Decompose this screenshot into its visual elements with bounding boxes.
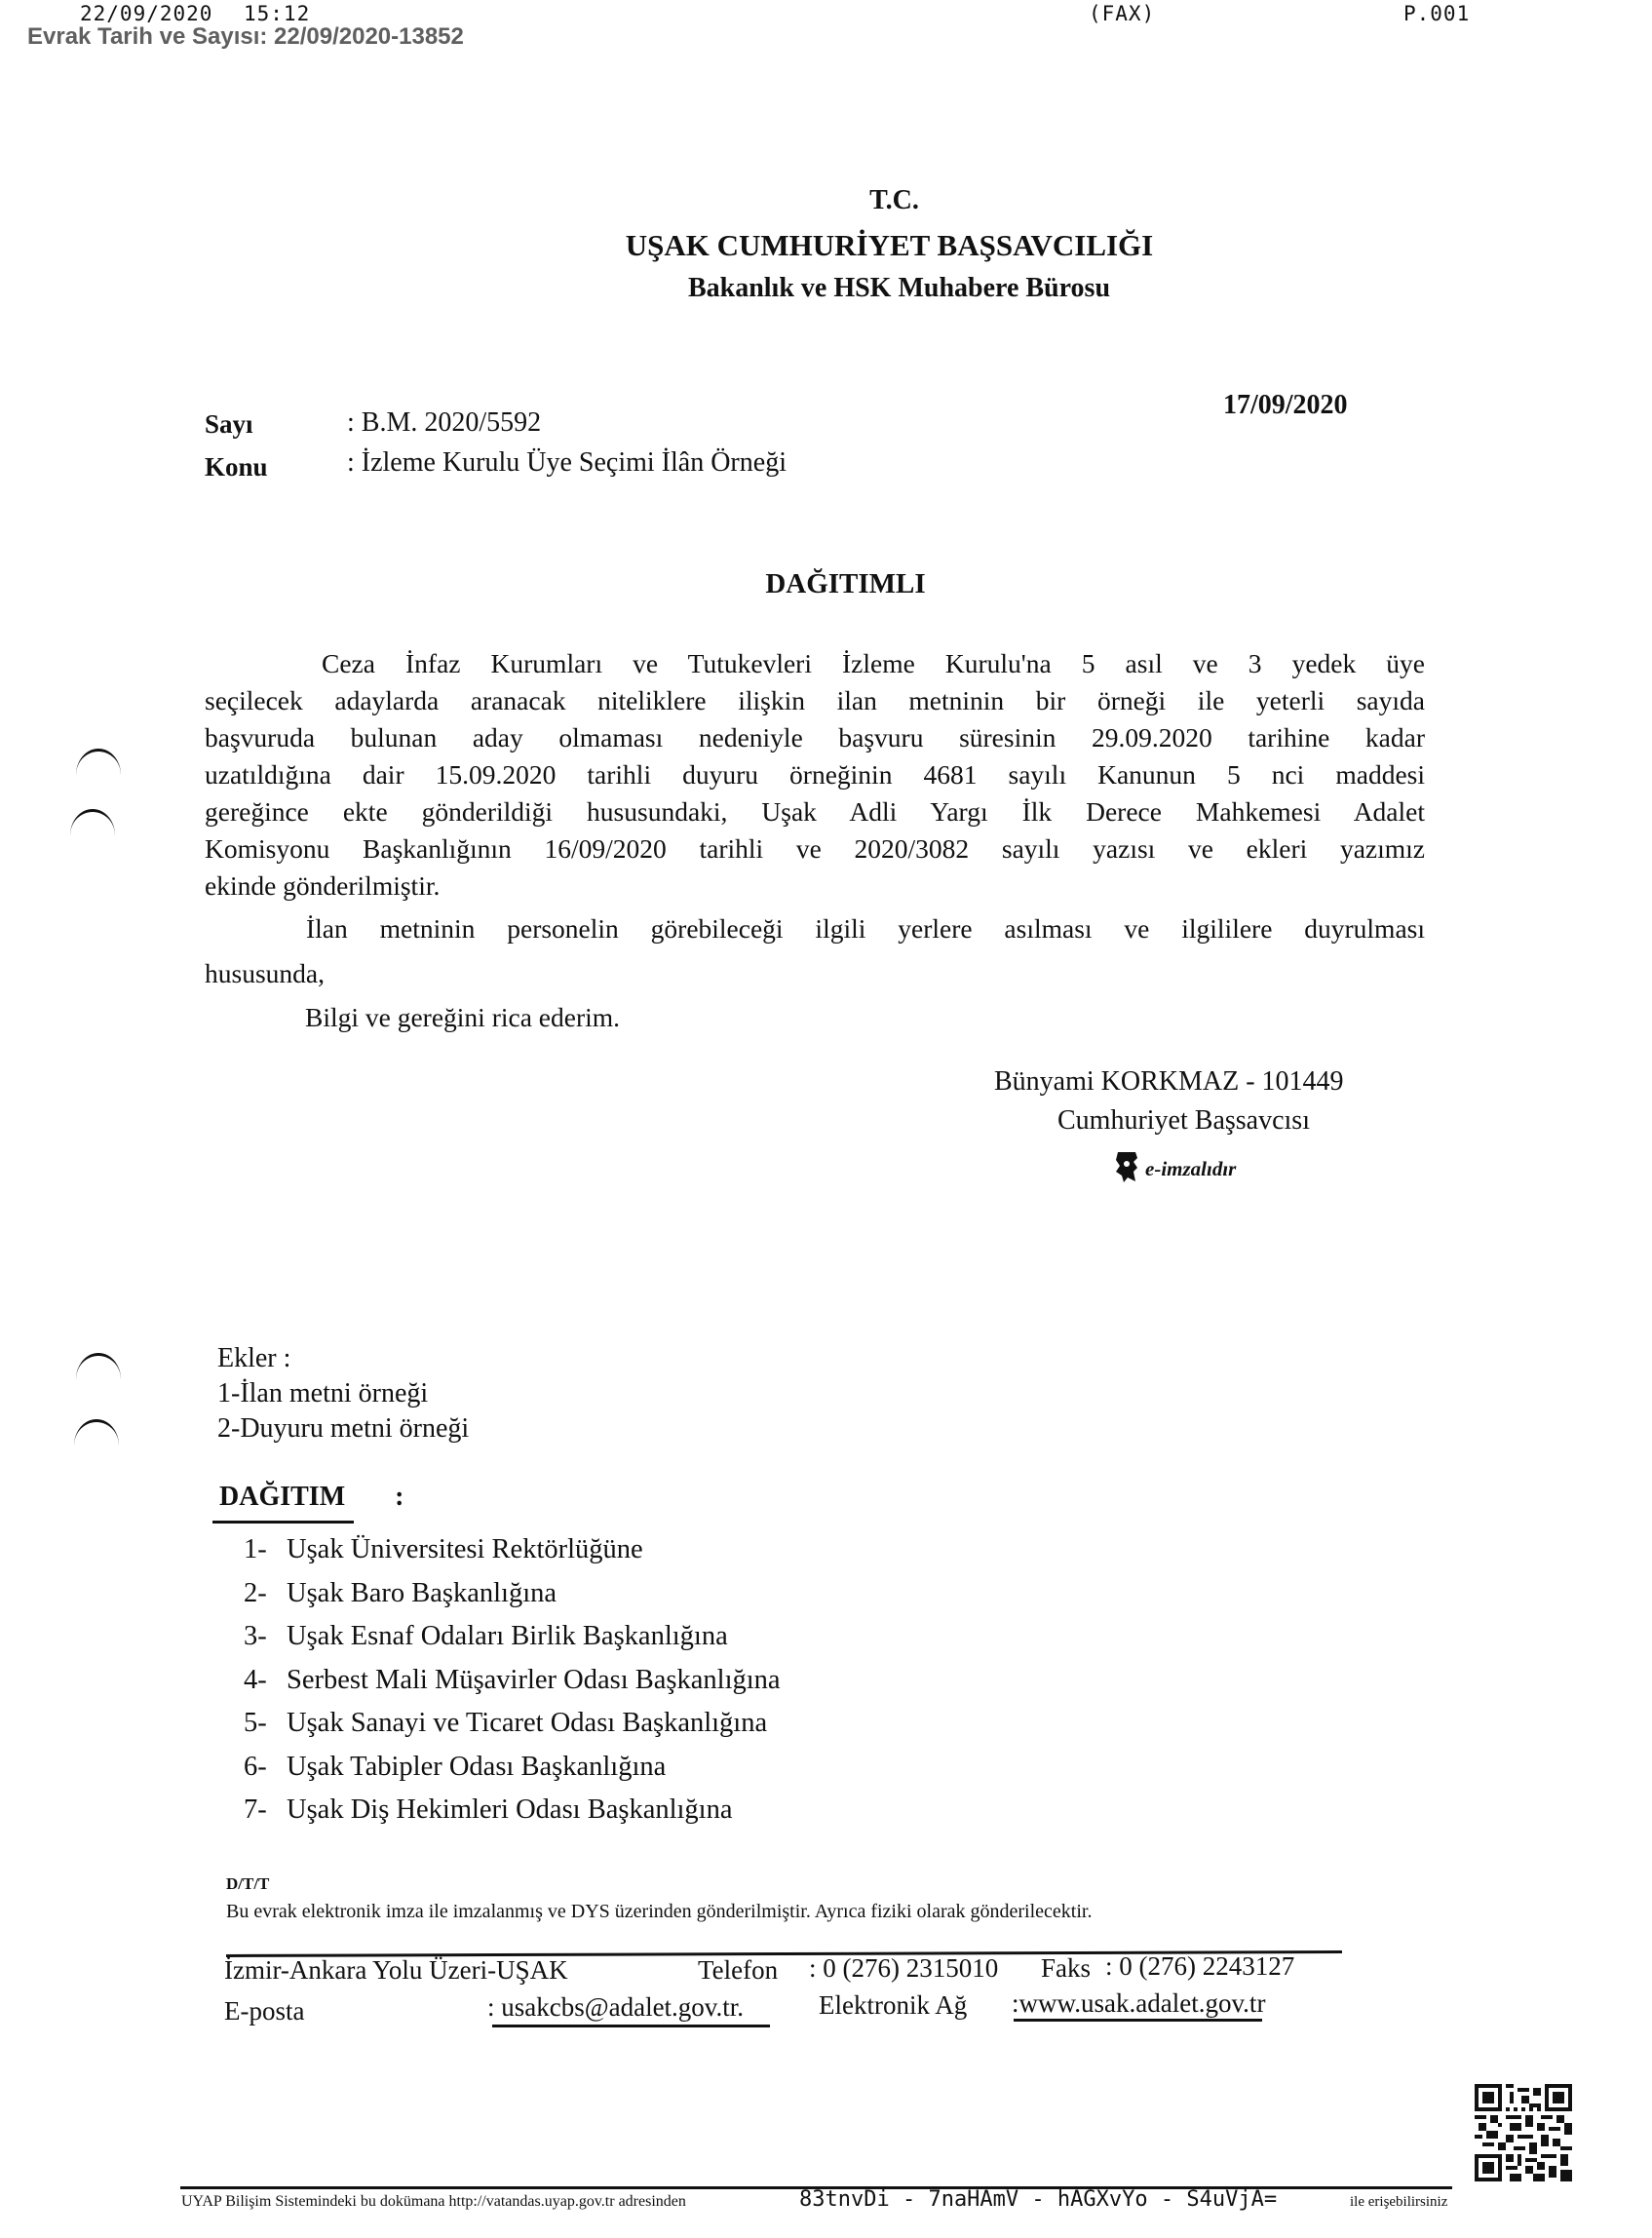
- contact-address: İzmir-Ankara Yolu Üzeri-UŞAK: [224, 1955, 568, 1986]
- body-line: Komisyonu Başkanlığının 16/09/2020 tarih…: [205, 830, 1425, 868]
- attachment-item: 1-İlan metni örneği: [217, 1376, 469, 1411]
- verification-text: UYAP Bilişim Sistemindeki bu dokümana ht…: [181, 2193, 686, 2211]
- e-signature-label: e-imzalıdır: [1145, 1157, 1236, 1181]
- distribution-heading: DAĞITIMLI: [0, 568, 1652, 600]
- closing-line: Bilgi ve gereğini rica ederim.: [305, 1002, 620, 1033]
- letterhead-office: Bakanlık ve HSK Muhabere Bürosu: [0, 273, 1652, 304]
- attachments-heading: Ekler :: [217, 1341, 469, 1376]
- distribution-list-colon: :: [395, 1482, 403, 1512]
- verification-suffix: ile erişebilirsiniz: [1350, 2194, 1447, 2211]
- web-underline: [1014, 2019, 1262, 2022]
- distribution-item: 5-Uşak Sanayi ve Ticaret Odası Başkanlığ…: [244, 1702, 781, 1746]
- distribution-item: 4-Serbest Mali Müşavirler Odası Başkanlı…: [244, 1659, 781, 1703]
- fax-mode: (FAX): [1089, 2, 1155, 25]
- sayi-value: : B.M. 2020/5592: [347, 407, 541, 439]
- distribution-list-heading: DAĞITIM :: [219, 1482, 403, 1513]
- body-line: uzatıldığına dair 15.09.2020 tarihli duy…: [205, 756, 1425, 793]
- letterhead: T.C. UŞAK CUMHURİYET BAŞSAVCILIĞI Bakanl…: [0, 185, 1652, 304]
- punch-hole-mark: [70, 809, 115, 835]
- punch-hole-mark: [76, 749, 121, 775]
- fax-page: P.001: [1403, 2, 1470, 25]
- contact-fax-label: Faks: [1041, 1953, 1091, 1984]
- contact-phone-label: Telefon: [698, 1955, 778, 1986]
- document-date: 17/09/2020: [1223, 390, 1348, 421]
- body-paragraph-1: Ceza İnfaz Kurumları ve Tutukevleri İzle…: [205, 645, 1425, 905]
- body-line: seçilecek adaylarda aranacak niteliklere…: [205, 682, 1425, 719]
- punch-hole-mark: [76, 1353, 121, 1379]
- contact-email-label: E-posta: [224, 1996, 304, 2026]
- fax-date: 22/09/2020: [80, 2, 212, 25]
- contact-email[interactable]: : usakcbs@adalet.gov.tr.: [487, 1992, 744, 2023]
- distribution-item: 7-Uşak Diş Hekimleri Odası Başkanlığına: [244, 1789, 781, 1833]
- distribution-item: 2-Uşak Baro Başkanlığına: [244, 1572, 781, 1616]
- konu-value: : İzleme Kurulu Üye Seçimi İlân Örneği: [347, 447, 787, 479]
- distribution-list: 1-Uşak Üniversitesi Rektörlüğüne 2-Uşak …: [244, 1528, 781, 1833]
- contact-fax: : 0 (276) 2243127: [1105, 1951, 1294, 1982]
- attachment-item: 2-Duyuru metni örneği: [217, 1411, 469, 1447]
- body-line: başvuruda bulunan aday olmaması nedeniyl…: [205, 719, 1425, 756]
- distribution-underline: [212, 1521, 354, 1524]
- punch-hole-mark: [74, 1419, 119, 1446]
- fax-time: 15:12: [244, 2, 310, 25]
- konu-label: Konu: [205, 452, 268, 482]
- distribution-item: 6-Uşak Tabipler Odası Başkanlığına: [244, 1746, 781, 1790]
- body-paragraph-2: İlan metninin personelin görebileceği il…: [205, 910, 1425, 992]
- e-signature-seal-icon: [1114, 1150, 1139, 1183]
- attachments: Ekler : 1-İlan metni örneği 2-Duyuru met…: [217, 1341, 469, 1447]
- qr-code-icon: [1475, 2084, 1572, 2181]
- contact-web[interactable]: :www.usak.adalet.gov.tr: [1012, 1988, 1265, 2019]
- body-line: gereğince ekte gönderildiği hususundaki,…: [205, 793, 1425, 830]
- signer-title: Cumhuriyet Başsavcısı: [1057, 1105, 1310, 1137]
- distribution-list-title: DAĞITIM: [219, 1482, 345, 1512]
- contact-web-label: Elektronik Ağ: [819, 1990, 967, 2021]
- body-line: İlan metninin personelin görebileceği il…: [205, 910, 1425, 947]
- contact-phone: : 0 (276) 2315010: [809, 1953, 998, 1984]
- body-line: hususunda,: [205, 955, 1425, 992]
- verification-code: 83tnvDi - 7naHAmV - hAGXvYo - S4uVjA=: [799, 2187, 1277, 2212]
- sayi-label: Sayı: [205, 409, 253, 440]
- notice-text: Bu evrak elektronik imza ile imzalanmış …: [226, 1901, 1092, 1923]
- letterhead-institution: UŞAK CUMHURİYET BAŞSAVCILIĞI: [0, 228, 1652, 263]
- body-line: ekinde gönderilmiştir.: [205, 868, 1425, 905]
- distribution-item: 3-Uşak Esnaf Odaları Birlik Başkanlığına: [244, 1615, 781, 1659]
- notice-code: D/T/T: [226, 1874, 269, 1894]
- email-underline: [492, 2025, 770, 2027]
- document-stamp: Evrak Tarih ve Sayısı: 22/09/2020-13852: [27, 23, 464, 51]
- signer-name: Bünyami KORKMAZ - 101449: [994, 1066, 1344, 1098]
- body-line: Ceza İnfaz Kurumları ve Tutukevleri İzle…: [205, 645, 1425, 682]
- letterhead-country: T.C.: [0, 185, 1652, 216]
- distribution-item: 1-Uşak Üniversitesi Rektörlüğüne: [244, 1528, 781, 1572]
